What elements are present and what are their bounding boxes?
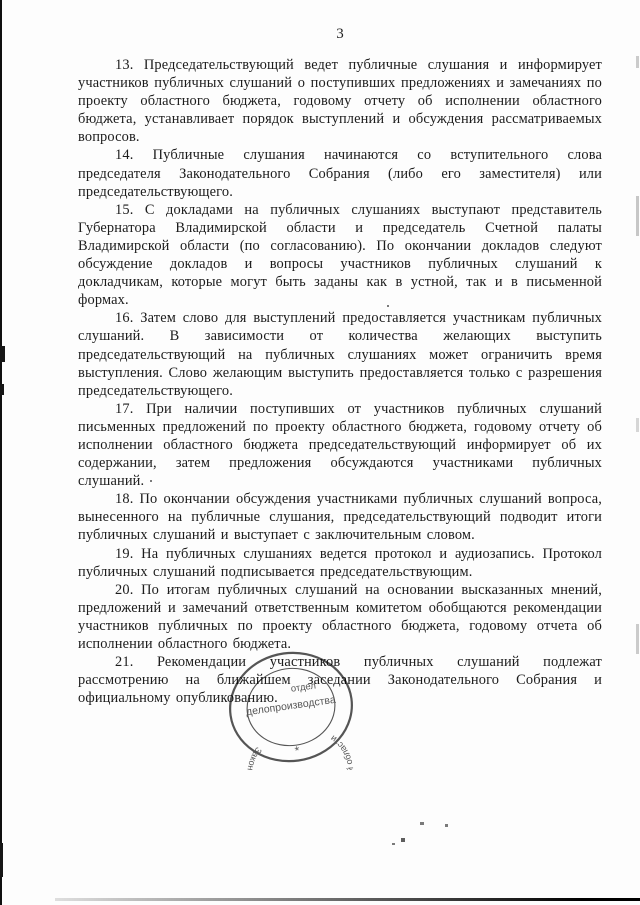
- stamp-star: *: [294, 743, 301, 758]
- document-body: 13. Председательствующий ведет публичные…: [78, 56, 602, 707]
- paragraph-18: 18. По окончании обсуждения участниками …: [78, 490, 602, 544]
- stamp-center-line2: делопроизводства: [245, 694, 336, 718]
- paragraph-15: 15. С докладами на публичных слушаниях в…: [78, 201, 602, 310]
- scan-artifact: [0, 346, 5, 362]
- scan-artifact: [0, 843, 3, 877]
- scan-artifact: [636, 418, 639, 432]
- round-stamp: Законодательное Собрание Владимирской об…: [223, 646, 359, 770]
- scan-speck: [392, 843, 395, 845]
- scan-artifact: [636, 56, 639, 68]
- scan-speck: [445, 824, 448, 827]
- scan-artifact: [0, 384, 4, 395]
- page-number: 3: [78, 26, 602, 43]
- scanned-document-page: 3 13. Председательствующий ведет публичн…: [0, 0, 640, 905]
- scan-bottom-border: [55, 898, 640, 901]
- paragraph-19: 19. На публичных слушаниях ведется прото…: [78, 545, 602, 581]
- paragraph-16: 16. Затем слово для выступлений предоста…: [78, 309, 602, 399]
- paragraph-13: 13. Председательствующий ведет публичные…: [78, 56, 602, 146]
- paragraph-17: 17. При наличии поступивших от участнико…: [78, 400, 602, 490]
- stamp-center-line1: отдел: [290, 680, 316, 694]
- paragraph-14: 14. Публичные слушания начинаются со вст…: [78, 146, 602, 200]
- scan-speck: [401, 838, 405, 842]
- scan-speck: [420, 822, 424, 825]
- scan-left-border: [0, 0, 2, 905]
- paragraph-20: 20. По итогам публичных слушаний на осно…: [78, 581, 602, 653]
- scan-artifact: [636, 196, 639, 236]
- scan-artifact: [636, 624, 639, 654]
